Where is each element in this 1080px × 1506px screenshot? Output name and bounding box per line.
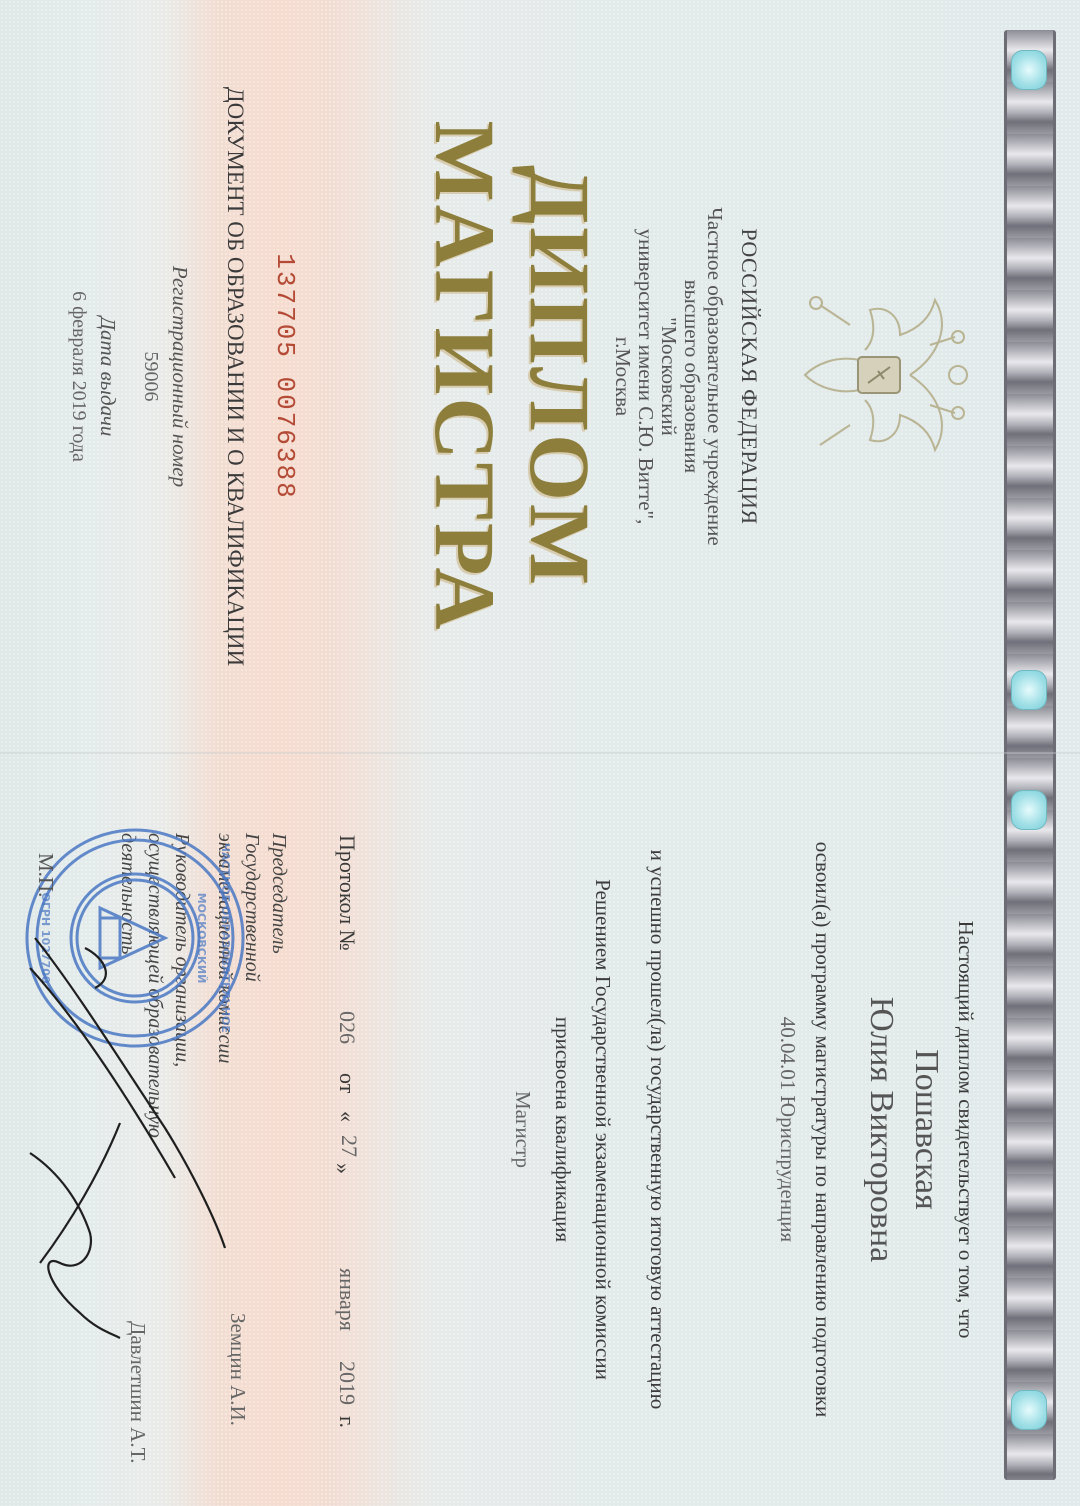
diploma-title: ДИПЛОМ xyxy=(510,0,610,753)
quote-close: » xyxy=(330,1163,356,1174)
organization-line: "Московский xyxy=(656,0,681,753)
diploma-title-degree: МАГИСТРА xyxy=(415,0,515,753)
protocol-label: Протокол № xyxy=(334,835,360,951)
protocol-year-suffix: г. xyxy=(334,1416,360,1428)
head-signature-icon xyxy=(20,1113,140,1343)
protocol-day: 27 xyxy=(336,1135,362,1157)
commission-decision: Решением Государственной экзаменационной… xyxy=(590,753,615,1506)
registration-number: 59006 xyxy=(139,0,162,753)
attestation-statement: и успешно прошел(ла) государственную ито… xyxy=(645,753,670,1506)
protocol-number: 026 xyxy=(334,1011,360,1044)
certification-intro: Настоящий диплом свидетельствует о том, … xyxy=(953,753,978,1506)
qualification-label: присвоена квалификация xyxy=(550,753,575,1506)
issue-date-label: Дата выдачи xyxy=(95,0,120,753)
issue-date: 6 февраля 2019 года xyxy=(67,0,90,753)
document-type: ДОКУМЕНТ ОБ ОБРАЗОВАНИИ И О КВАЛИФИКАЦИИ xyxy=(222,0,248,753)
graduate-surname: Пошавская xyxy=(907,753,945,1506)
serial-number: 137705 0076388 xyxy=(270,0,300,753)
diploma-spread: РОССИЙСКАЯ ФЕДЕРАЦИЯ Частное образовател… xyxy=(0,0,1080,1506)
chair-name: Земцин А.И. xyxy=(225,1313,250,1426)
organization-line: г.Москва xyxy=(610,0,635,753)
graduate-given-names: Юлия Викторовна xyxy=(862,753,900,1506)
qualification-value: Магистр xyxy=(510,753,535,1506)
seal-label: М.П. xyxy=(33,853,58,897)
protocol-month: января xyxy=(334,1268,360,1331)
program-statement: освоил(а) программу магистратуры по напр… xyxy=(810,753,835,1506)
organization-line: Частное образовательное учреждение xyxy=(702,0,727,753)
program-code-name: 40.04.01 Юриспруденция xyxy=(775,753,800,1506)
registration-label: Регистрационный номер xyxy=(167,0,192,753)
diploma-cover-page: РОССИЙСКАЯ ФЕДЕРАЦИЯ Частное образовател… xyxy=(0,0,1080,753)
protocol-year: 2019 xyxy=(334,1361,360,1405)
country-heading: РОССИЙСКАЯ ФЕДЕРАЦИЯ xyxy=(736,0,762,753)
organization-line: университет имени С.Ю. Витте", xyxy=(633,0,658,753)
quote-open: « xyxy=(334,1111,360,1122)
organization-line: высшего образования xyxy=(679,0,704,753)
protocol-from: от xyxy=(334,1073,360,1093)
diploma-content-page: Настоящий диплом свидетельствует о том, … xyxy=(0,753,1080,1506)
double-headed-eagle-emblem-icon xyxy=(800,285,970,465)
